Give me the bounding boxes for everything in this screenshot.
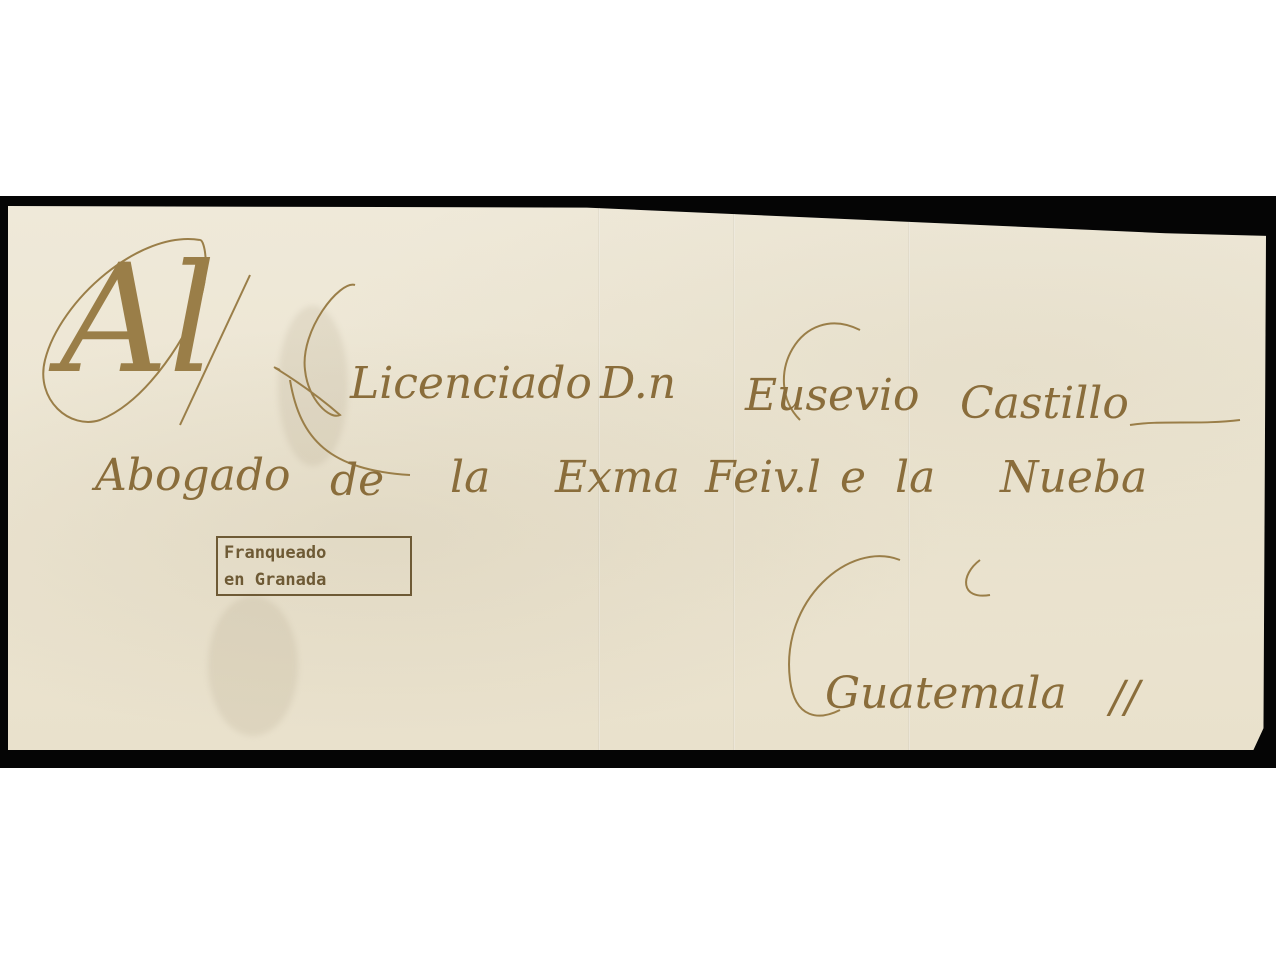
address-word: Exma — [555, 452, 680, 503]
address-word: Feiv.l — [705, 452, 821, 503]
postal-marking-franqueado: Franqueado en Granada — [216, 536, 412, 596]
address-word: Castillo — [960, 378, 1129, 429]
address-word: D.n — [600, 358, 676, 409]
postal-marking-line2: en Granada — [224, 567, 404, 594]
address-word: Abogado — [95, 450, 291, 501]
address-word: Eusevio — [745, 370, 920, 421]
address-initial-A: Al — [60, 245, 216, 395]
address-flourish-mark: // — [1110, 672, 1140, 723]
address-word: Licenciado — [350, 358, 592, 409]
address-word: de — [330, 455, 384, 506]
address-word: e — [840, 452, 866, 503]
address-word: la — [450, 452, 490, 503]
address-word: la — [895, 452, 935, 503]
postal-marking-line1: Franqueado — [224, 540, 404, 567]
address-word: Nueba — [1000, 452, 1147, 503]
address-destination: Guatemala — [825, 668, 1067, 719]
